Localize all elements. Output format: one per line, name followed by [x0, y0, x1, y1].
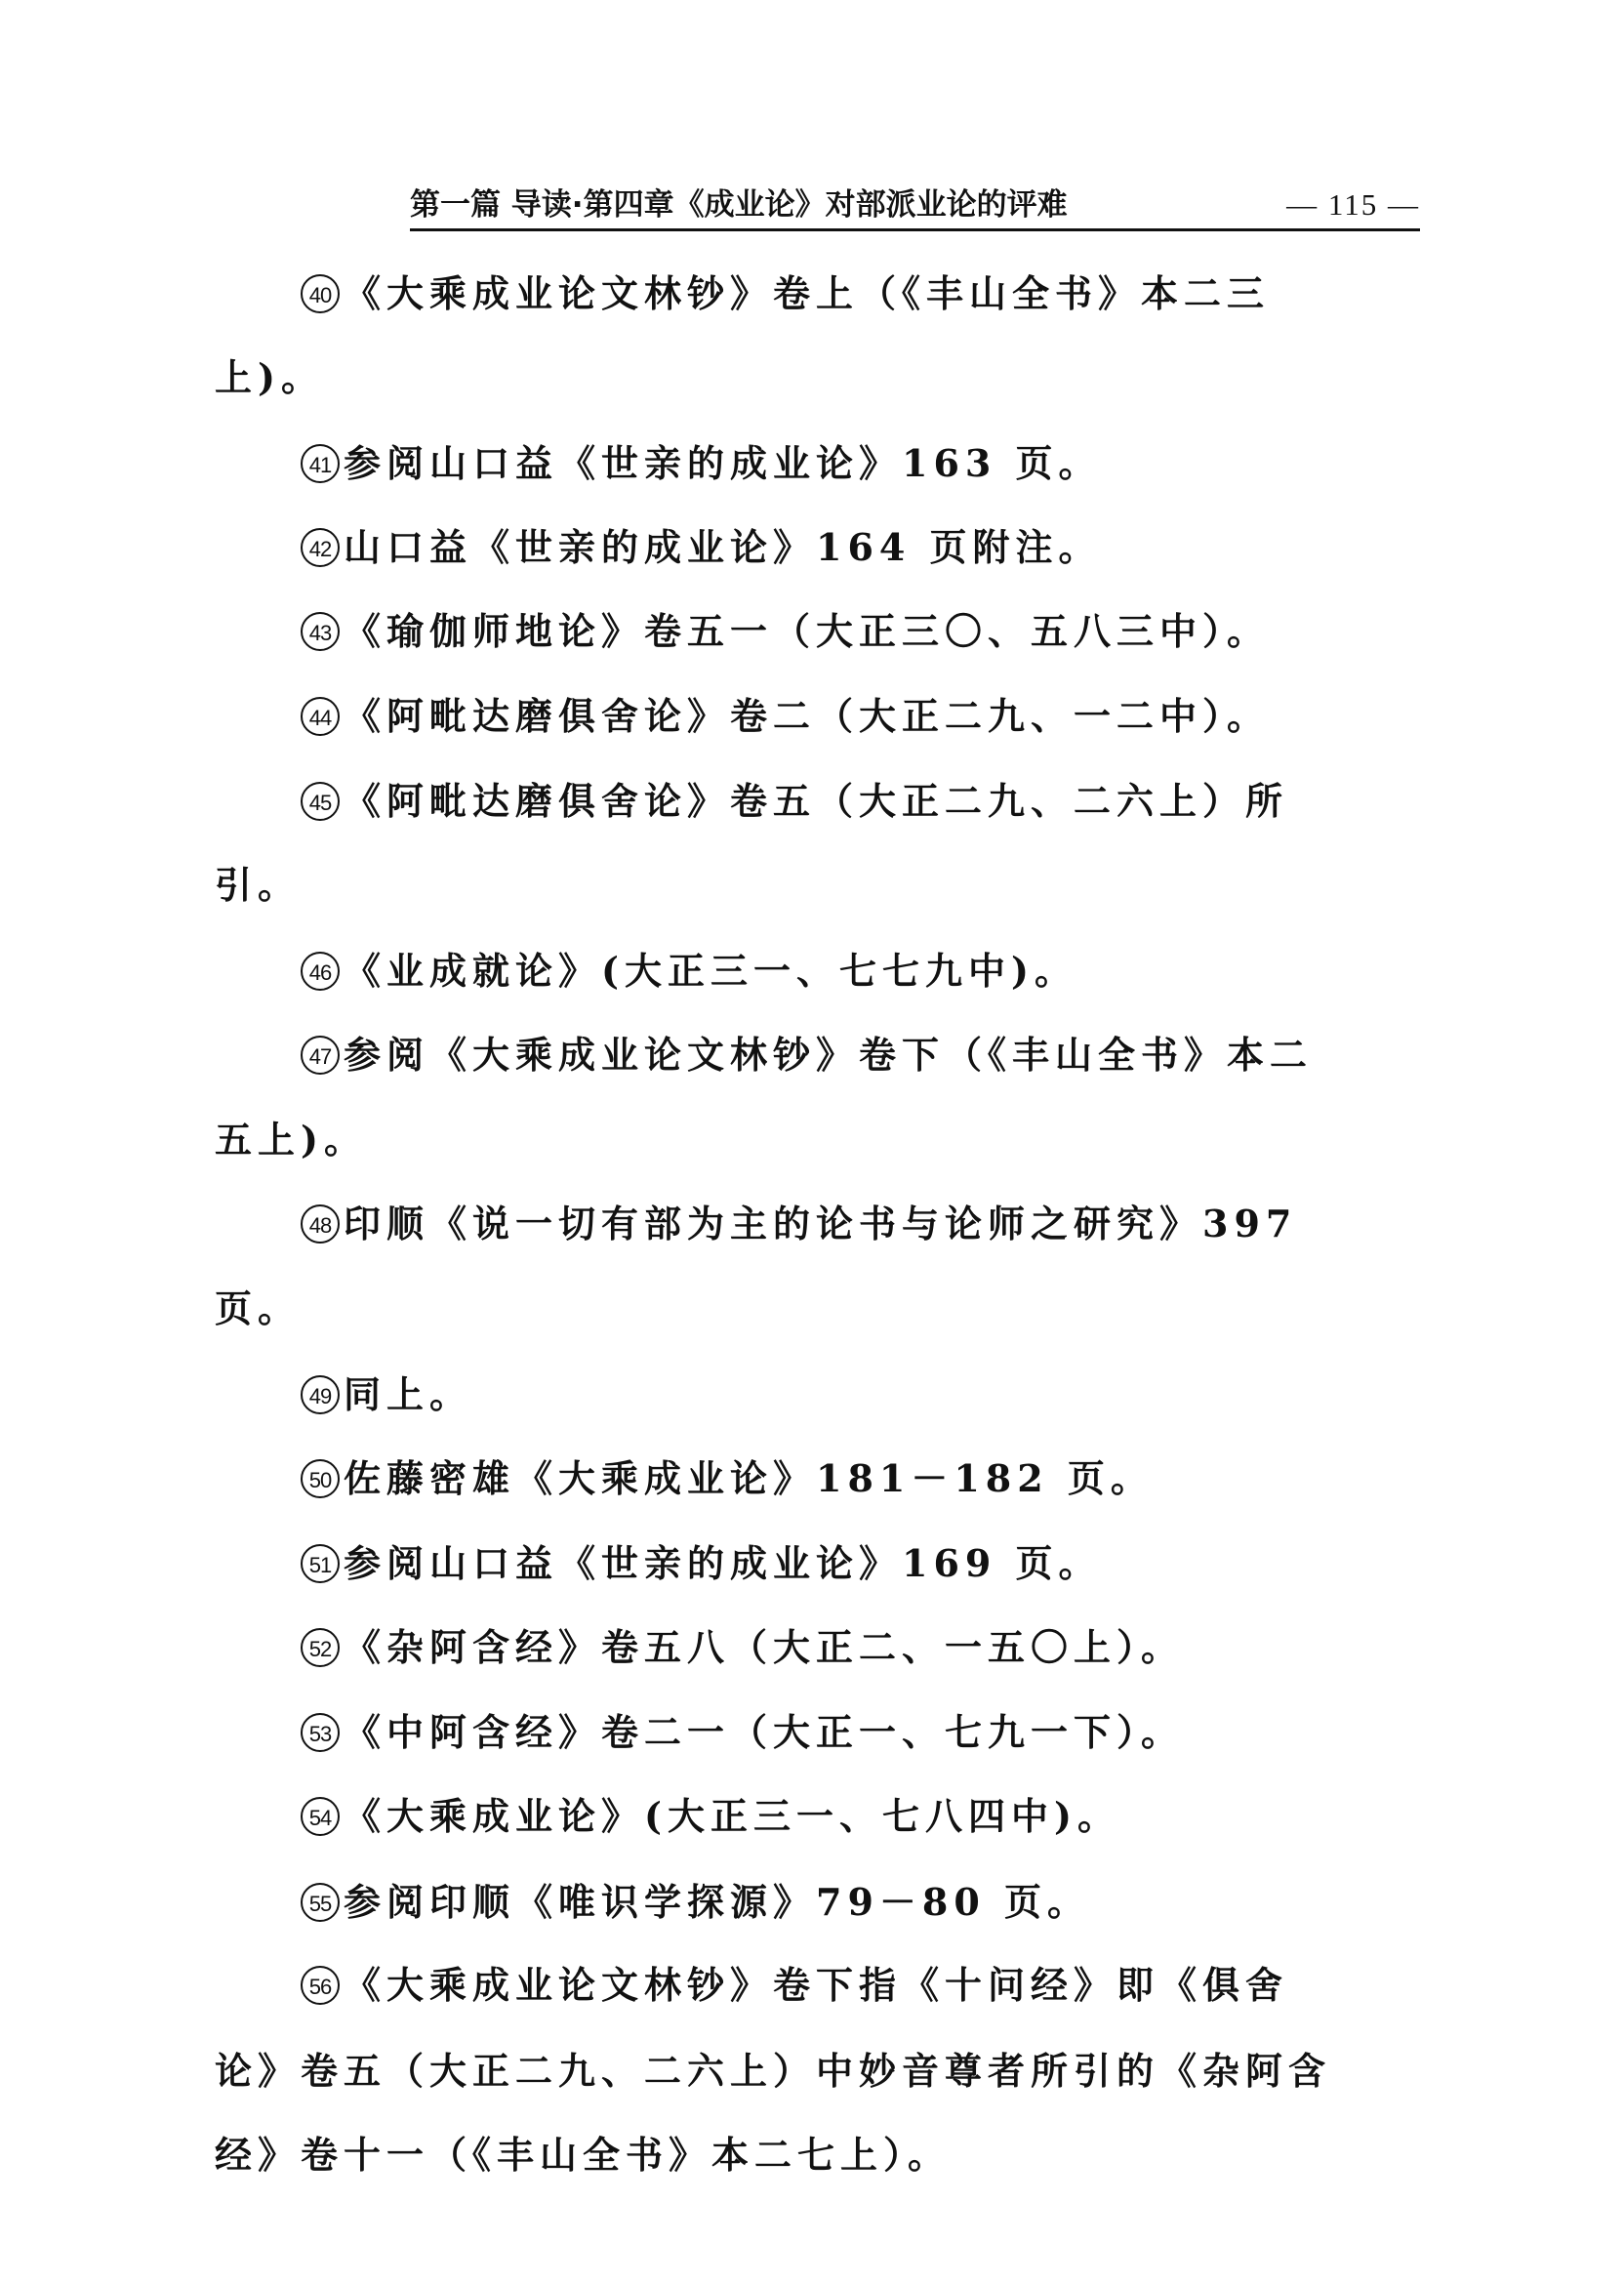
footnote-42: 42山口益《世亲的成业论》164 页附注。 [301, 523, 1102, 572]
footnote-number: 43 [301, 612, 340, 651]
footnote-48-cont: 页。 [215, 1285, 301, 1333]
footnote-number: 44 [301, 697, 340, 736]
footnote-text: 参阅印顺《唯识学探源》79－80 页。 [344, 1880, 1090, 1924]
footnote-text: 参阅山口益《世亲的成业论》169 页。 [344, 1541, 1102, 1585]
footnote-text: 《阿毗达磨俱舍论》卷二（大正二九、一二中）。 [344, 694, 1270, 738]
footnote-number: 55 [301, 1883, 340, 1922]
footnote-number: 49 [301, 1375, 340, 1414]
footnote-text: 《大乘成业论文林钞》卷上（《丰山全书》本二三 [344, 271, 1270, 315]
footnote-46: 46《业成就论》(大正三一、七七九中)。 [301, 947, 1077, 996]
header-rule [410, 228, 1420, 231]
footnote-text: 参阅山口益《世亲的成业论》163 页。 [344, 441, 1102, 485]
footnote-44: 44《阿毗达磨俱舍论》卷二（大正二九、一二中）。 [301, 692, 1270, 741]
footnote-number: 56 [301, 1966, 340, 2005]
footnote-50: 50佐藤密雄《大乘成业论》181－182 页。 [301, 1454, 1154, 1503]
page-number: — 115 — [1286, 184, 1420, 226]
footnote-text: 《大乘成业论文林钞》卷下指《十问经》即《俱舍 [344, 1963, 1288, 2007]
footnote-40-cont: 上)。 [215, 353, 324, 402]
footnote-text: 同上。 [344, 1372, 472, 1416]
footnote-55: 55参阅印顺《唯识学探源》79－80 页。 [301, 1878, 1090, 1927]
footnote-45: 45《阿毗达磨俱舍论》卷五（大正二九、二六上）所 [301, 777, 1288, 826]
footnote-56-cont-1: 论》卷五（大正二九、二六上）中妙音尊者所引的《杂阿含 [215, 2047, 1331, 2096]
footnote-number: 48 [301, 1204, 340, 1244]
footnote-51: 51参阅山口益《世亲的成业论》169 页。 [301, 1539, 1102, 1588]
footnote-text: 《阿毗达磨俱舍论》卷五（大正二九、二六上）所 [344, 779, 1288, 823]
footnote-47: 47参阅《大乘成业论文林钞》卷下（《丰山全书》本二 [301, 1031, 1313, 1080]
footnote-40: 40《大乘成业论文林钞》卷上（《丰山全书》本二三 [301, 269, 1270, 318]
footnote-number: 46 [301, 952, 340, 991]
footnote-text: 《瑜伽师地论》卷五一（大正三〇、五八三中）。 [344, 609, 1270, 653]
footnote-number: 53 [301, 1713, 340, 1752]
footnote-text: 《中阿含经》卷二一（大正一、七九一下）。 [344, 1710, 1184, 1754]
footnote-number: 42 [301, 528, 340, 567]
footnote-56: 56《大乘成业论文林钞》卷下指《十问经》即《俱舍 [301, 1961, 1288, 2010]
footnote-54: 54《大乘成业论》(大正三一、七八四中)。 [301, 1792, 1120, 1841]
footnote-text: 佐藤密雄《大乘成业论》181－182 页。 [344, 1456, 1154, 1500]
footnote-52: 52《杂阿含经》卷五八（大正二、一五〇上）。 [301, 1623, 1184, 1672]
footnote-number: 40 [301, 274, 340, 313]
running-header: 第一篇 导读·第四章《成业论》对部派业论的评难 — 115 — [410, 184, 1420, 226]
footnote-text: 《业成就论》(大正三一、七七九中)。 [344, 949, 1077, 993]
footnote-number: 51 [301, 1544, 340, 1583]
footnote-number: 47 [301, 1036, 340, 1075]
footnote-text: 《大乘成业论》(大正三一、七八四中)。 [344, 1794, 1120, 1838]
footnote-41: 41参阅山口益《世亲的成业论》163 页。 [301, 439, 1102, 488]
footnote-47-cont: 五上)。 [215, 1116, 367, 1164]
running-title: 第一篇 导读·第四章《成业论》对部派业论的评难 [410, 184, 1068, 226]
footnote-number: 52 [301, 1628, 340, 1667]
footnote-text: 印顺《说一切有部为主的论书与论师之研究》397 [344, 1202, 1297, 1245]
footnote-43: 43《瑜伽师地论》卷五一（大正三〇、五八三中）。 [301, 607, 1270, 656]
footnote-49: 49同上。 [301, 1370, 472, 1419]
footnote-number: 54 [301, 1797, 340, 1836]
footnote-text: 参阅《大乘成业论文林钞》卷下（《丰山全书》本二 [344, 1033, 1313, 1077]
footnote-number: 50 [301, 1459, 340, 1498]
footnote-56-cont-2: 经》卷十一（《丰山全书》本二七上）。 [215, 2131, 951, 2180]
footnote-48: 48印顺《说一切有部为主的论书与论师之研究》397 [301, 1200, 1297, 1248]
footnote-number: 41 [301, 444, 340, 483]
footnote-text: 山口益《世亲的成业论》164 页附注。 [344, 525, 1102, 569]
footnote-45-cont: 引。 [215, 861, 301, 910]
footnote-number: 45 [301, 782, 340, 821]
footnote-text: 《杂阿含经》卷五八（大正二、一五〇上）。 [344, 1625, 1184, 1669]
footnote-53: 53《中阿含经》卷二一（大正一、七九一下）。 [301, 1708, 1184, 1757]
